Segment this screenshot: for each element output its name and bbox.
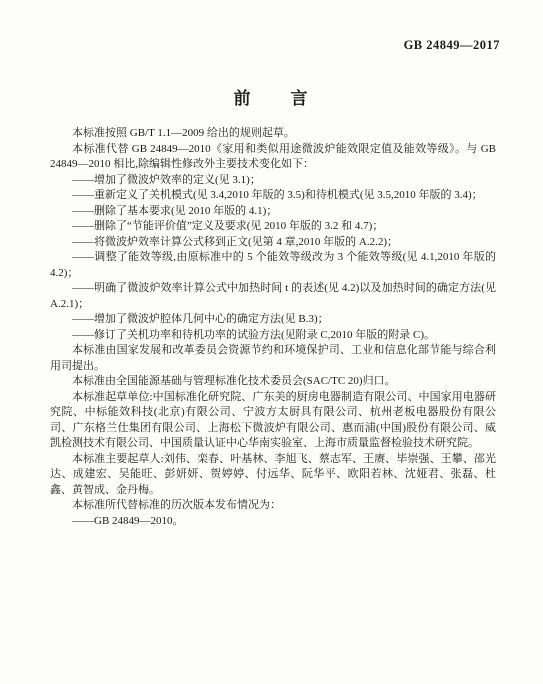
page-header: GB 24849—2017 xyxy=(404,36,500,54)
document-page: GB 24849—2017 前 言 本标准按照 GB/T 1.1—2009 给出… xyxy=(0,0,543,684)
change-list-item: ——将微波炉效率计算公式移到正文(见第 4 章,2010 年版的 A.2.2)； xyxy=(50,235,496,251)
change-list-item: ——修订了关机功率和待机功率的试验方法(见附录 C,2010 年版的附录 C)。 xyxy=(50,328,496,344)
change-list-item: ——明确了微波炉效率计算公式中加热时间 t 的表述(见 4.2)以及加热时间的确… xyxy=(50,281,496,312)
foreword-paragraph: 本标准起草单位:中国标准化研究院、广东美的厨房电器制造有限公司、中国家用电器研究… xyxy=(50,390,496,452)
foreword-paragraph: 本标准所代替标准的历次版本发布情况为： xyxy=(50,498,496,514)
foreword-paragraph: 本标准由国家发展和改革委员会资源节约和环境保护司、工业和信息化部节能与综合利用司… xyxy=(50,343,496,374)
change-list-item: ——GB 24849—2010。 xyxy=(50,514,496,530)
foreword-paragraph: 本标准代替 GB 24849—2010《家用和类似用途微波炉能效限定值及能效等级… xyxy=(50,142,496,173)
change-list-item: ——删除了基本要求(见 2010 年版的 4.1)； xyxy=(50,204,496,220)
change-list-item: ——增加了微波炉效率的定义(见 3.1)； xyxy=(50,173,496,189)
foreword-paragraph: 本标准按照 GB/T 1.1—2009 给出的规则起草。 xyxy=(50,126,496,142)
change-list-item: ——删除了“节能评价值”定义及要求(见 2010 年版的 3.2 和 4.7)； xyxy=(50,219,496,235)
standard-number: GB 24849—2017 xyxy=(404,38,500,52)
foreword-paragraph: 本标准由全国能源基础与管理标准化技术委员会(SAC/TC 20)归口。 xyxy=(50,374,496,390)
change-list-item: ——增加了微波炉腔体几何中心的确定方法(见 B.3)； xyxy=(50,312,496,328)
foreword-paragraph: 本标准主要起草人:刘伟、栾春、叶基林、李旭飞、蔡志军、王赓、毕崇强、王攀、邵光达… xyxy=(50,452,496,499)
foreword-body: 本标准按照 GB/T 1.1—2009 给出的规则起草。本标准代替 GB 248… xyxy=(50,126,496,529)
change-list-item: ——调整了能效等级,由原标准中的 5 个能效等级改为 3 个能效等级(见 4.1… xyxy=(50,250,496,281)
page-title: 前 言 xyxy=(0,84,543,109)
change-list-item: ——重新定义了关机模式(见 3.4,2010 年版的 3.5)和待机模式(见 3… xyxy=(50,188,496,204)
